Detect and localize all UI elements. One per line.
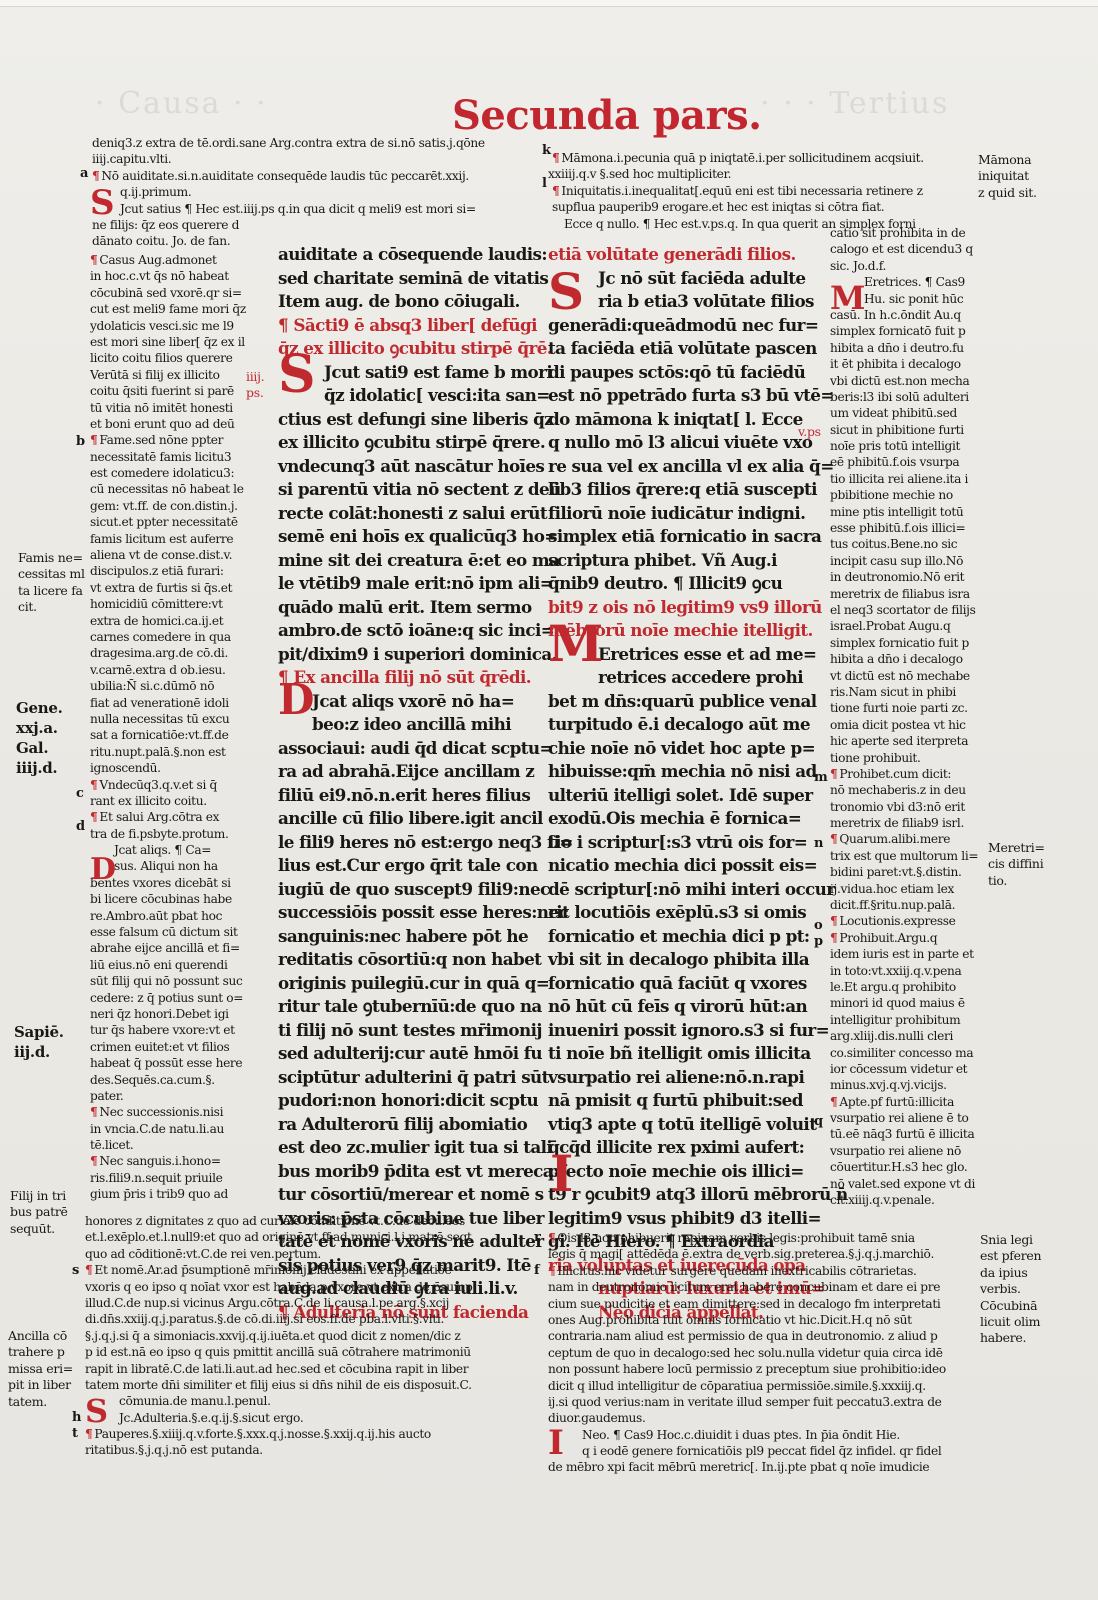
gloss-line: iiij.capitu.vlti. [92, 151, 522, 167]
pilcrow-icon: ¶ [90, 810, 97, 824]
decorated-initial-i: I [550, 1150, 573, 1198]
gloss-reference-letter: m [814, 770, 828, 785]
pilcrow-icon: ¶ [830, 767, 837, 781]
pilcrow-icon: ¶ [830, 931, 837, 945]
margin-note-fifth-question: v.ps [798, 424, 821, 439]
gloss-line: deniq3.z extra de tē.ordi.sane Arg.contr… [92, 135, 522, 151]
top-gloss-right: ¶Māmona.i.pecunia quā p iniqtatē.i.per s… [552, 150, 982, 232]
gloss-line: ¶Nō auiditate.si.n.auiditate consequēde … [92, 168, 522, 184]
gloss-reference-letter: l [542, 176, 547, 191]
page-top-edge [0, 0, 1098, 7]
pilcrow-icon: ¶ [830, 914, 837, 928]
main-text-column-1: auiditate a cōsequende laudis: sed chari… [278, 243, 523, 1324]
pilcrow-icon: ¶ [90, 778, 97, 792]
gloss-reference-letter: n [814, 836, 823, 851]
gloss-line: xxiiij.q.v §.sed hoc multipliciter. [548, 166, 982, 182]
margin-note-ancilla: Ancilla cō trahere p missa eri= pit in l… [8, 1328, 73, 1410]
gloss-reference-letter: f [534, 1263, 540, 1278]
gloss-reference-letter: d [76, 819, 85, 834]
gloss-reference-letter: k [542, 143, 551, 158]
decorated-initial-d: D [90, 855, 116, 885]
margin-note-genesis: Gene. xxj.a. Gal. iiij.d. [16, 698, 63, 778]
margin-note-sententia: Snia legi est pferen da ipius verbis. Cō… [980, 1232, 1041, 1347]
gloss-line: supflua pauperib9 erogare.et hec est ini… [552, 199, 982, 215]
top-gloss-left: deniq3.z extra de tē.ordi.sane Arg.contr… [92, 135, 522, 250]
gloss-reference-letter: p [814, 934, 823, 949]
gloss-reference-letter: q [814, 1114, 823, 1129]
decorated-initial-s-col2: S [548, 268, 584, 316]
margin-note-question-number: iiij. ps. [246, 369, 264, 402]
margin-note-sapientia: Sapiē. iij.d. [14, 1022, 64, 1062]
pilcrow-icon: ¶ [92, 169, 99, 183]
manuscript-page: · Causa · · · · · Tertius Secunda pars. … [0, 0, 1098, 1600]
gloss-reference-letter: r [534, 1230, 541, 1245]
margin-note-filii: Filij in tri bus patrē sequūt. [10, 1188, 68, 1237]
bottom-gloss-right: ¶Ois.l3 non phibuerit rapinam verbis leg… [548, 1230, 978, 1476]
gloss-reference-letter: t [72, 1426, 78, 1441]
gloss-reference-letter: c [76, 786, 84, 801]
pilcrow-icon: ¶ [830, 832, 837, 846]
decorated-initial-i-bottom: I [548, 1426, 564, 1460]
decorated-initial-s: S [90, 186, 115, 220]
gloss-reference-letter: h [72, 1410, 81, 1425]
gloss-reference-letter: o [814, 918, 823, 933]
decorated-initial-s-main: S [278, 350, 316, 400]
decorated-initial-d-main: D [278, 680, 314, 720]
margin-note-mamona: Māmona iniquitat z quid sit. [978, 152, 1037, 201]
pilcrow-icon: ¶ [90, 1154, 97, 1168]
main-text-column-2: etiā volūtate generādi filios. Jc nō sūt… [548, 243, 798, 1324]
pilcrow-icon: ¶ [90, 1105, 97, 1119]
gloss-line: ¶Māmona.i.pecunia quā p iniqtatē.i.per s… [552, 150, 982, 166]
pilcrow-icon: ¶ [85, 1263, 92, 1277]
show-through-text-right: · · · Tertius [760, 86, 949, 121]
right-gloss-column: catio sit prohibita in de calogo et est … [830, 225, 990, 1208]
running-title: Secunda pars. [452, 92, 762, 139]
pilcrow-icon: ¶ [90, 253, 97, 267]
pilcrow-icon: ¶ [548, 1231, 555, 1245]
pilcrow-icon: ¶ [830, 1095, 837, 1109]
bottom-gloss-left: honores z dignitates z quo ad curialē co… [85, 1213, 515, 1459]
pilcrow-icon: ¶ [552, 151, 559, 165]
pilcrow-icon: ¶ [90, 433, 97, 447]
gloss-line: q.ij.primum. [92, 184, 522, 200]
decorated-initial-s-bottom: S [85, 1395, 108, 1427]
margin-note-meretricis: Meretri= cis diffini tio. [988, 840, 1045, 889]
gloss-reference-letter: s [72, 1263, 79, 1278]
gloss-line: Jcut satius ¶ Hec est.iiij.ps q.in qua d… [92, 201, 522, 217]
gloss-reference-letter: b [76, 434, 85, 449]
decorated-initial-m-gloss: M [830, 282, 865, 314]
gloss-line: ¶Iniquitatis.i.inequalitat[.equū eni est… [552, 183, 982, 199]
left-gloss-column: ¶Casus Aug.admonet in hoc.c.vt q̄s nō ha… [90, 252, 270, 1203]
gloss-reference-letter: a [80, 166, 88, 181]
pilcrow-icon: ¶ [552, 184, 559, 198]
gloss-line: ¶Casus Aug.admonet [90, 252, 270, 268]
margin-note-famis: Famis ne= cessitas ml ta licere fa cit. [18, 550, 85, 616]
show-through-text-left: · Causa · · [95, 86, 268, 121]
pilcrow-icon: ¶ [548, 1264, 555, 1278]
decorated-initial-m: M [548, 620, 603, 668]
gloss-line: ne filijs: q̄z eos querere d [92, 217, 522, 233]
